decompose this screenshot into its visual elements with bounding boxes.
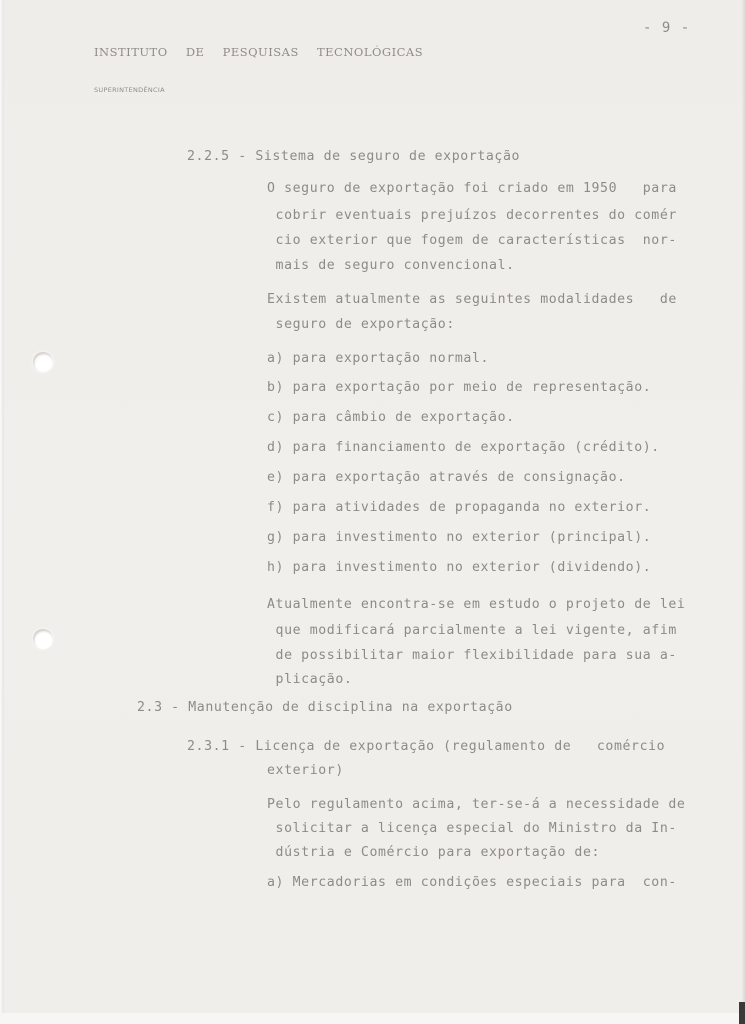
paragraph-line: cobrir eventuais prejuízos decorrentes d… <box>267 209 677 222</box>
subsection-heading-2-3-1-continued: exterior) <box>267 764 344 777</box>
section-heading-2-3: 2.3 - Manutenção de disciplina na export… <box>137 701 513 714</box>
page-bottom-margin <box>0 1013 745 1024</box>
paragraph-line: seguro de exportação: <box>267 318 455 331</box>
modality-item: a) para exportação normal. <box>267 352 489 365</box>
page-number: - 9 - <box>643 20 690 36</box>
modality-item: b) para exportação por meio de represent… <box>267 381 651 394</box>
modality-item: d) para financiamento de exportação (cré… <box>267 441 660 454</box>
modality-item: f) para atividades de propaganda no exte… <box>267 501 651 514</box>
paragraph-line: Existem atualmente as seguintes modalida… <box>267 293 677 306</box>
paragraph-line: Pelo regulamento acima, ter-se-á a neces… <box>267 798 685 811</box>
punch-hole-icon <box>33 352 53 372</box>
paragraph-line: de possibilitar maior flexibilidade para… <box>267 649 677 662</box>
paragraph-line: cio exterior que fogem de característica… <box>267 234 677 247</box>
punch-hole-icon <box>33 629 53 649</box>
page-left-edge <box>0 0 4 1024</box>
modality-item: c) para câmbio de exportação. <box>267 411 515 424</box>
license-item: a) Mercadorias em condições especiais pa… <box>267 876 677 889</box>
modality-item: g) para investimento no exterior (princi… <box>267 531 651 544</box>
paragraph-line: solicitar a licença especial do Ministro… <box>267 822 677 835</box>
paragraph-line: O seguro de exportação foi criado em 195… <box>267 182 677 195</box>
paragraph-line: que modificará parcialmente a lei vigent… <box>267 624 677 637</box>
paragraph-line: dústria e Comércio para exportação de: <box>267 846 600 859</box>
subsection-heading-2-3-1: 2.3.1 - Licença de exportação (regulamen… <box>187 740 665 753</box>
modality-item: h) para investimento no exterior (divide… <box>267 561 651 574</box>
scan-corner-shadow <box>739 1002 745 1024</box>
paragraph-line: plicação. <box>267 673 352 686</box>
section-heading-2-2-5: 2.2.5 - Sistema de seguro de exportação <box>187 150 520 163</box>
department-name: SUPERINTENDÊNCIA <box>94 86 165 94</box>
modality-item: e) para exportação através de consignaçã… <box>267 471 626 484</box>
paragraph-line: mais de seguro convencional. <box>267 259 515 272</box>
paragraph-line: Atualmente encontra-se em estudo o proje… <box>267 598 685 611</box>
institution-name: INSTITUTO DE PESQUISAS TECNOLÓGICAS <box>94 45 423 59</box>
